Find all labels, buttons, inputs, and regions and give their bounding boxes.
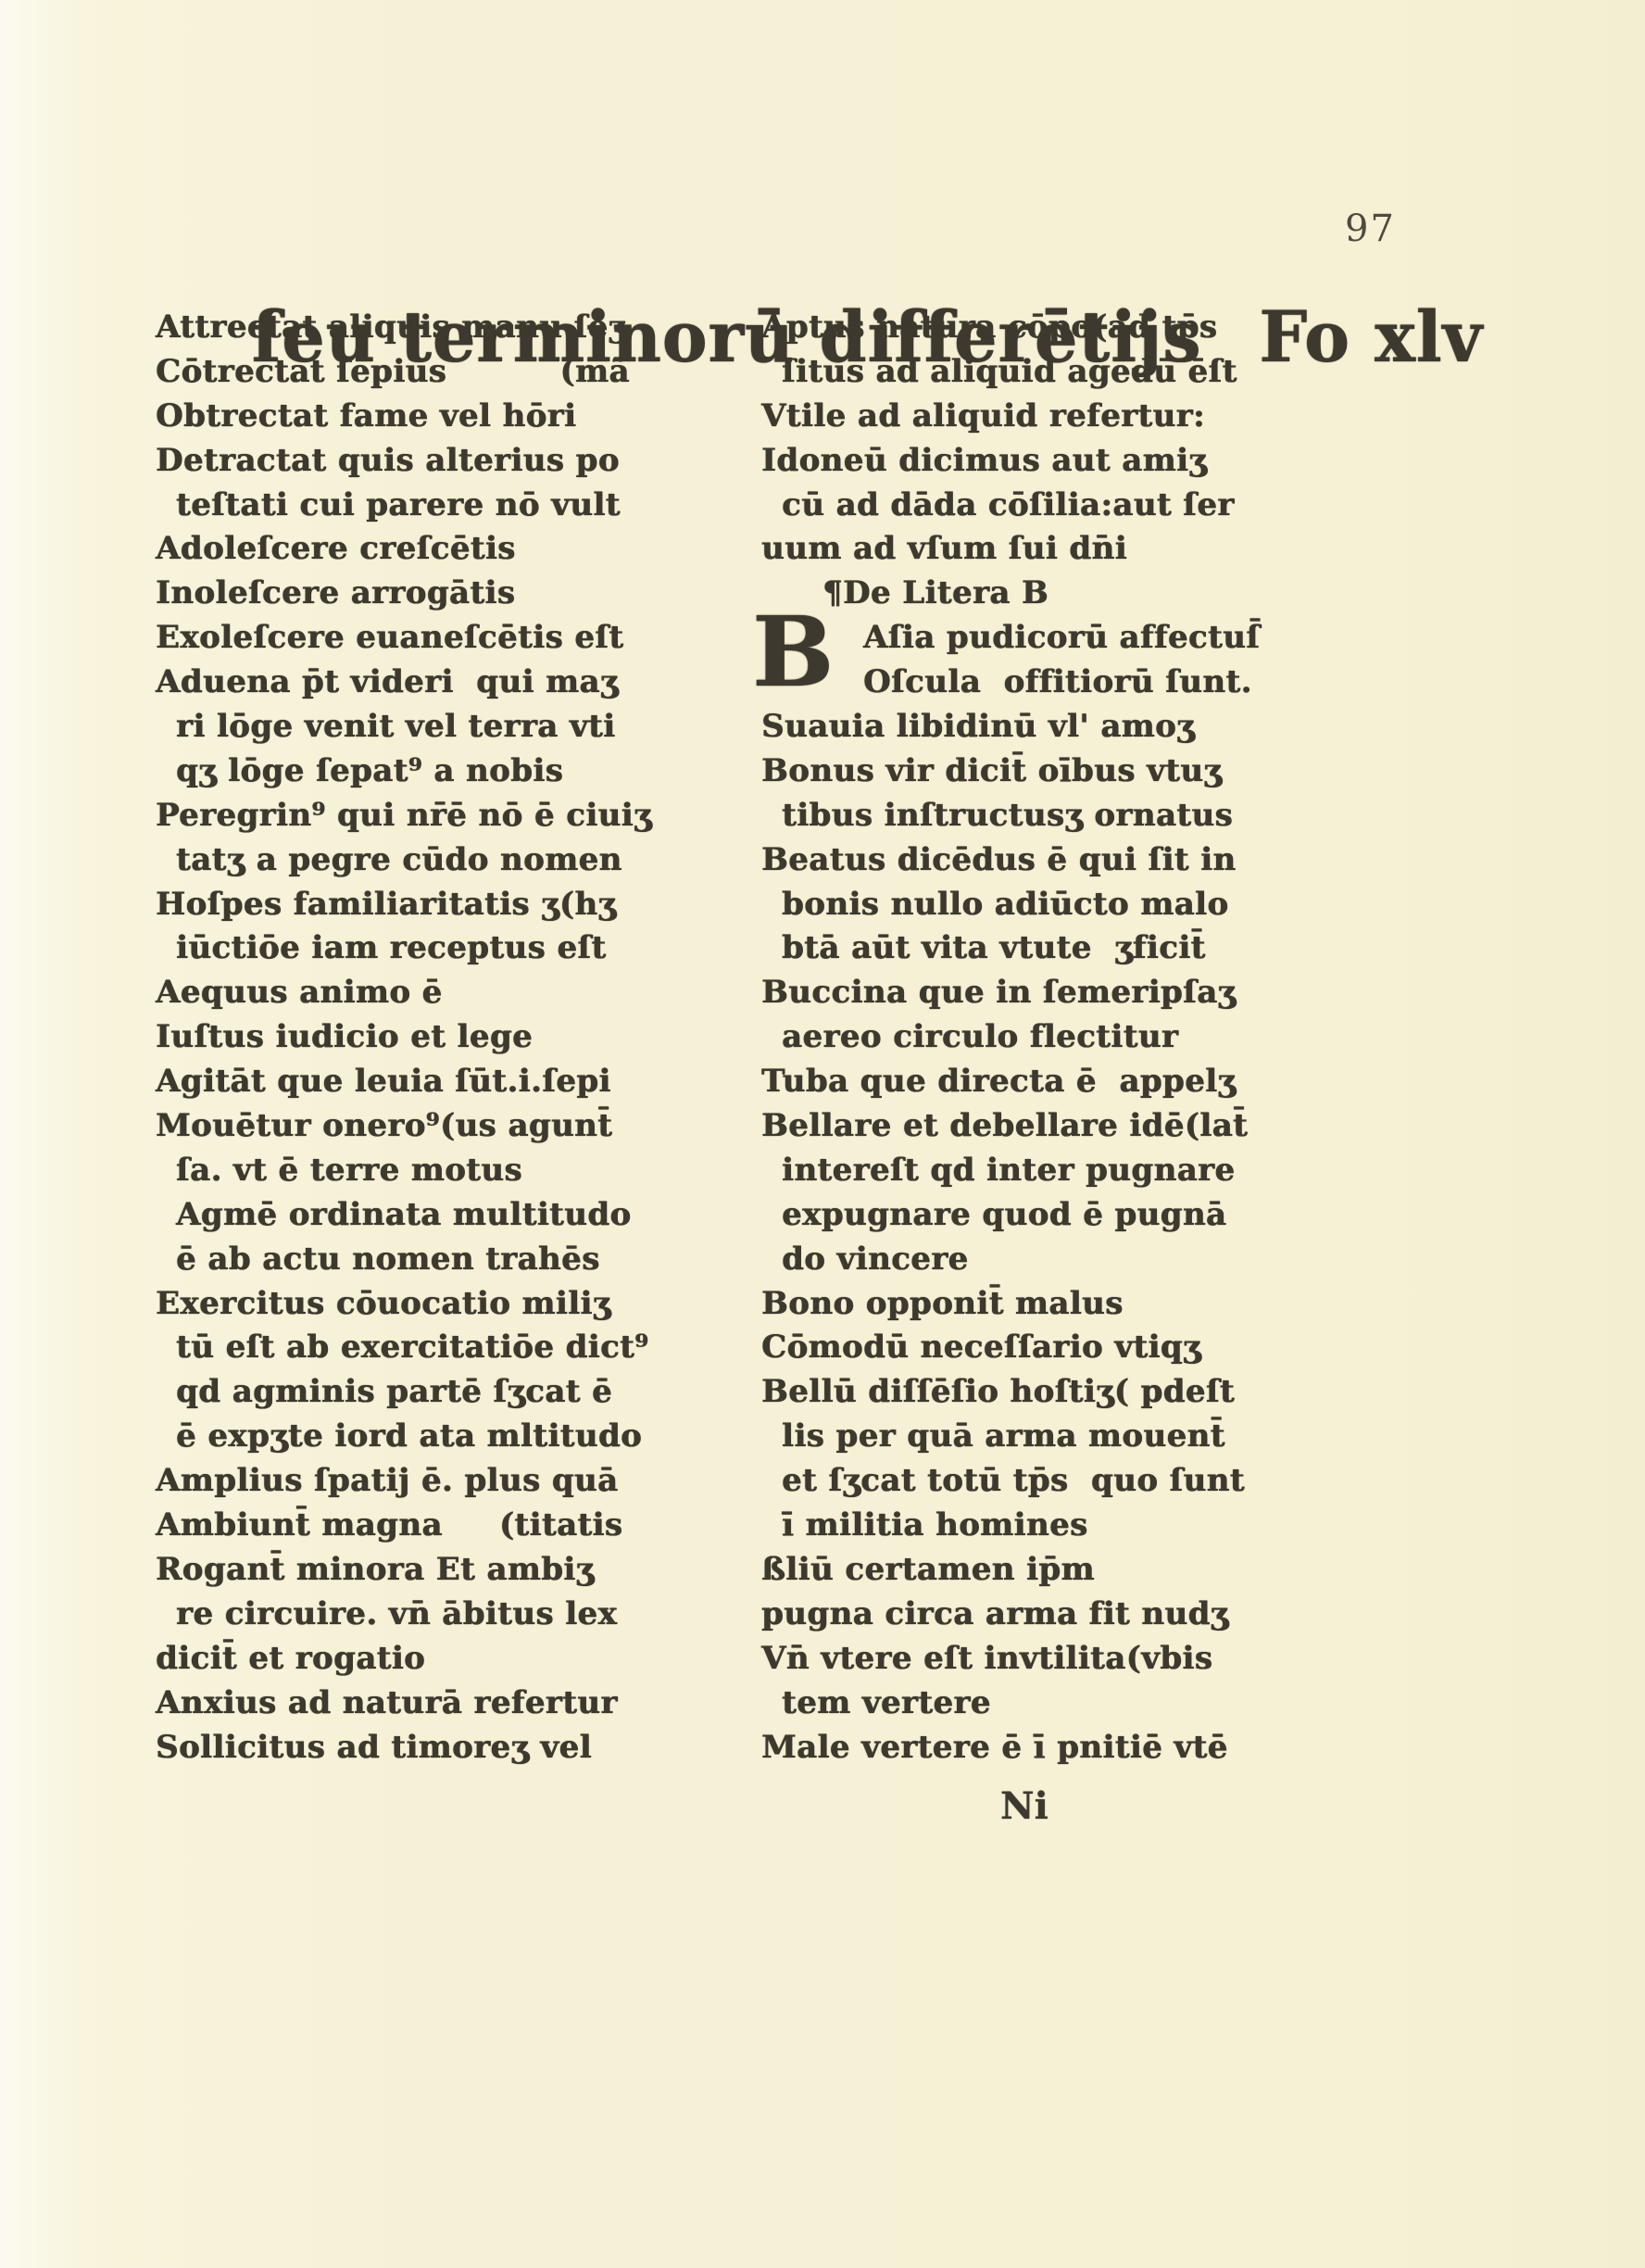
text-line: Aduena p̄t videri qui maʒ (156, 661, 760, 705)
text-line: qd agminis partē ſʒcat ē (156, 1370, 760, 1415)
text-line: Exercitus cōuocatio miliʒ (156, 1282, 760, 1327)
text-line: Peregrin⁹ qui nr̄ē nō ē ciuiʒ (156, 794, 760, 838)
text-line: cū ad dāda cōſilia:aut ſer (761, 484, 1297, 528)
text-line: ßliū certamen ip̄m (761, 1548, 1297, 1593)
text-line: Agitāt que leuia ſūt.i.ſepi (156, 1060, 760, 1104)
text-line: Vn̄ vtere eſt invtilita(vbis (761, 1637, 1297, 1682)
text-column-right: Aptus natura cōpo(ad tp̄sſitus ad aliqui… (761, 306, 1297, 1770)
text-line: Bellū diſſēſio hoſtiʒ( pdeſt (761, 1370, 1297, 1415)
text-line: ī militia homines (761, 1504, 1297, 1548)
text-line: Aſia pudicorū affectuſ̄ (761, 616, 1297, 661)
text-line: Cōmodū neceſſario vtiqʒ (761, 1326, 1297, 1370)
text-line: intereſt qd inter pugnare (761, 1149, 1297, 1193)
text-line: Bellare et debellare idē(lat̄ (761, 1104, 1297, 1149)
text-line: iūctiōe iam receptus eſt (156, 926, 760, 971)
drop-cap-initial: B (752, 606, 834, 699)
text-line: Inoleſcere arrogātis (156, 572, 760, 616)
text-column-left: Attrectat aliquis manu ſeʒCōtrectat ſepi… (156, 306, 760, 1770)
text-line: ſitus ad aliquid agēdū ēſt (761, 350, 1297, 395)
text-line: Cōtrectat ſepius (mã (156, 350, 760, 395)
text-line: expugnare quod ē pugnā (761, 1193, 1297, 1238)
text-line: Bonus vir dicit̄ oībus vtuʒ (761, 750, 1297, 794)
text-line: ſa. vt ē terre motus (156, 1149, 760, 1193)
text-line: uum ad vſum ſui dn̄i (761, 527, 1297, 572)
text-line: Hoſpes familiaritatis ʒ(hʒ (156, 883, 760, 927)
text-line: Beatus dicēdus ē qui ſit in (761, 838, 1297, 883)
text-line: Vtile ad aliquid refertur: (761, 395, 1297, 439)
text-line: Agmē ordinata multitudo (156, 1193, 760, 1238)
text-line: Suauia libidinū vl' amoʒ (761, 705, 1297, 750)
text-line: aereo circulo flectitur (761, 1015, 1297, 1060)
text-line: tatʒ a pegre cūdo nomen (156, 838, 760, 883)
text-line: Idoneū dicimus aut amiʒ (761, 439, 1297, 484)
page-number: 97 (1345, 208, 1396, 250)
text-line: Obtrectat fame vel hōri (156, 395, 760, 439)
text-line: dicit̄ et rogatio (156, 1637, 760, 1682)
text-line: Exoleſcere euaneſcētis eſt (156, 616, 760, 661)
text-line: bonis nullo adiūcto malo (761, 883, 1297, 927)
text-line: Buccina que in ſemeripſaʒ (761, 971, 1297, 1015)
text-line: ē ab actu nomen trahēs (156, 1238, 760, 1282)
text-line: ē expʒte iord ata mltitudo (156, 1415, 760, 1459)
text-line: ri lōge venit vel terra vti (156, 705, 760, 750)
text-line: Sollicitus ad timoreʒ vel (156, 1726, 760, 1770)
text-line: tū eſt ab exercitatiōe dict⁹ (156, 1326, 760, 1370)
text-line: Bono opponit̄ malus (761, 1282, 1297, 1327)
text-line: Ambiunt̄ magna (titatis (156, 1504, 760, 1548)
text-line: lis per quā arma mouent̄ (761, 1415, 1297, 1459)
text-line: Tuba que directa ē appelʒ (761, 1060, 1297, 1104)
text-line: Attrectat aliquis manu ſeʒ (156, 306, 760, 350)
text-line: Aptus natura cōpo(ad tp̄s (761, 306, 1297, 350)
text-line: Rogant̄ minora Et ambiʒ (156, 1548, 760, 1593)
text-line: Detractat quis alterius po (156, 439, 760, 484)
text-line: et ſʒcat totū tp̄s quo ſunt (761, 1459, 1297, 1504)
text-line: Anxius ad naturā refertur (156, 1682, 760, 1726)
text-line: Amplius ſpatij ē. plus quā (156, 1459, 760, 1504)
text-line: ¶De Litera B (761, 572, 1297, 616)
text-line: Aequus animo ē (156, 971, 760, 1015)
text-line: pugna circa arma fit nudʒ (761, 1593, 1297, 1637)
signature-mark: Ni (1000, 1784, 1049, 1828)
text-line: teſtati cui parere nō vult (156, 484, 760, 528)
text-line: btā aūt vita vtute ʒficit̄ (761, 926, 1297, 971)
text-line: do vincere (761, 1238, 1297, 1282)
text-line: re circuire. vn̄ ābitus lex (156, 1593, 760, 1637)
text-line: tem vertere (761, 1682, 1297, 1726)
text-line: Adoleſcere creſcētis (156, 527, 760, 572)
text-line: qʒ lōge ſepat⁹ a nobis (156, 750, 760, 794)
text-line: Mouētur onero⁹(us agunt̄ (156, 1104, 760, 1149)
text-line: Oſcula offitiorū ſunt. (761, 661, 1297, 705)
book-page-scan: ſeu terminorū differētijsFo xlv 97 Attre… (0, 0, 1645, 2268)
text-line: Iuſtus iudicio et lege (156, 1015, 760, 1060)
text-line: tibus inſtructusʒ ornatus (761, 794, 1297, 838)
text-line: Male vertere ē ī pnitiē vtē (761, 1726, 1297, 1770)
